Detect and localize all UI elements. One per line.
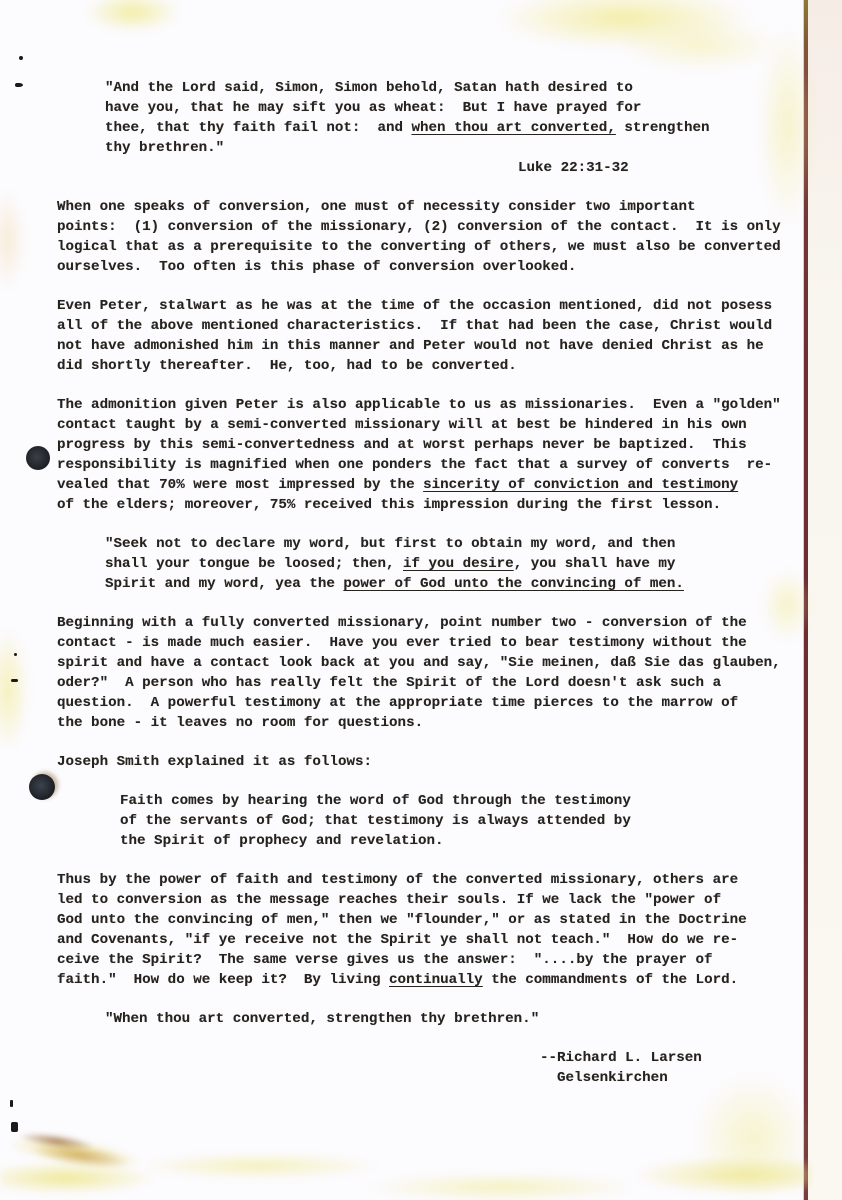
text-segment: of the elders; moreover, 75% received th… <box>57 497 721 513</box>
text-segment: The admonition given Peter is also appli… <box>57 397 781 413</box>
edge-mark-2 <box>15 83 23 87</box>
text-segment: spirit and have a contact look back at y… <box>57 655 781 671</box>
edge-mark-3 <box>14 653 17 656</box>
text-line: Thus by the power of faith and testimony… <box>57 870 805 890</box>
signature-block: --Richard L. Larsen Gelsenkirchen <box>540 1048 805 1088</box>
text-segment: oder?" A person who has really felt the … <box>57 675 721 691</box>
text-line: --Richard L. Larsen <box>540 1048 805 1068</box>
text-line: spirit and have a contact look back at y… <box>57 653 805 673</box>
text-segment: Faith comes by hearing the word of God t… <box>120 793 631 809</box>
text-segment: ourselves. Too often is this phase of co… <box>57 259 576 275</box>
text-segment: thee, that thy faith fail not: and <box>105 120 412 136</box>
text-segment: not have admonished him in this manner a… <box>57 338 764 354</box>
paragraph-thus-by-power: Thus by the power of faith and testimony… <box>57 870 805 990</box>
text-line: led to conversion as the message reaches… <box>57 890 805 910</box>
text-line: all of the above mentioned characteristi… <box>57 316 805 336</box>
text-segment: contact - is made much easier. Have you … <box>57 635 747 651</box>
hole-punch-lower <box>29 774 55 800</box>
text-segment: thy brethren." <box>105 140 224 156</box>
hole-punch-upper <box>26 446 50 470</box>
text-line: Joseph Smith explained it as follows: <box>57 752 805 772</box>
text-segment: , you shall have my <box>514 556 676 572</box>
text-segment: God unto the convincing of men," then we… <box>57 912 747 928</box>
text-segment: the commandments of the Lord. <box>483 972 738 988</box>
text-line: faith." How do we keep it? By living con… <box>57 970 805 990</box>
text-segment: Joseph Smith explained it as follows: <box>57 754 372 770</box>
text-segment: contact taught by a semi-converted missi… <box>57 417 747 433</box>
text-segment: Spirit and my word, yea the <box>105 576 343 592</box>
text-line: shall your tongue be loosed; then, if yo… <box>105 554 805 574</box>
text-line: thy brethren." <box>105 138 805 158</box>
quote-faith-comes: Faith comes by hearing the word of God t… <box>120 791 805 851</box>
text-segment: the Spirit of prophecy and revelation. <box>120 833 444 849</box>
text-segment: "When thou art converted, strengthen thy… <box>105 1011 539 1027</box>
text-segment: and Covenants, "if ye receive not the Sp… <box>57 932 738 948</box>
text-segment: "And the Lord said, Simon, Simon behold,… <box>105 80 633 96</box>
text-segment: vealed that 70% were most impressed by t… <box>57 477 423 493</box>
text-line: points: (1) conversion of the missionary… <box>57 217 805 237</box>
text-segment: logical that as a prerequisite to the co… <box>57 239 781 255</box>
text-line: Gelsenkirchen <box>540 1068 805 1088</box>
text-segment: did shortly thereafter. He, too, had to … <box>57 358 517 374</box>
text-line: Even Peter, stalwart as he was at the ti… <box>57 296 805 316</box>
text-line: Spirit and my word, yea the power of God… <box>105 574 805 594</box>
paragraph-admonition: The admonition given Peter is also appli… <box>57 395 805 515</box>
text-line: did shortly thereafter. He, too, had to … <box>57 356 805 376</box>
edge-mark-4 <box>11 679 18 682</box>
text-segment: shall your tongue be loosed; then, <box>105 556 403 572</box>
paragraph-joseph-smith-intro: Joseph Smith explained it as follows: <box>57 752 805 772</box>
text-line: God unto the convincing of men," then we… <box>57 910 805 930</box>
quote-closing: "When thou art converted, strengthen thy… <box>105 1009 805 1029</box>
text-line: logical that as a prerequisite to the co… <box>57 237 805 257</box>
text-line: the bone - it leaves no room for questio… <box>57 713 805 733</box>
text-segment: Gelsenkirchen <box>540 1070 668 1086</box>
text-line: progress by this semi-convertedness and … <box>57 435 805 455</box>
text-line: oder?" A person who has really felt the … <box>57 673 805 693</box>
text-segment: ceive the Spirit? The same verse gives u… <box>57 952 713 968</box>
underlined-text: power of God unto the convincing of men. <box>343 576 684 592</box>
underlined-text: if you desire <box>403 556 514 572</box>
text-line: not have admonished him in this manner a… <box>57 336 805 356</box>
text-segment: progress by this semi-convertedness and … <box>57 437 747 453</box>
underlined-text: continually <box>389 972 483 988</box>
text-line: "When thou art converted, strengthen thy… <box>105 1009 805 1029</box>
text-segment: the bone - it leaves no room for questio… <box>57 715 423 731</box>
text-segment: question. A powerful testimony at the ap… <box>57 695 738 711</box>
edge-mark-6 <box>11 1122 18 1132</box>
text-segment: responsibility is magnified when one pon… <box>57 457 772 473</box>
scripture-reference: Luke 22:31-32 <box>518 158 805 178</box>
text-line: Beginning with a fully converted mission… <box>57 613 805 633</box>
text-segment: points: (1) conversion of the missionary… <box>57 219 781 235</box>
paragraph-two-points: When one speaks of conversion, one must … <box>57 197 805 277</box>
text-segment: of the servants of God; that testimony i… <box>120 813 631 829</box>
text-line: and Covenants, "if ye receive not the Sp… <box>57 930 805 950</box>
scripture-quote-luke: "And the Lord said, Simon, Simon behold,… <box>105 78 805 158</box>
paragraph-even-peter: Even Peter, stalwart as he was at the ti… <box>57 296 805 376</box>
text-line: thee, that thy faith fail not: and when … <box>105 118 805 138</box>
text-line: The admonition given Peter is also appli… <box>57 395 805 415</box>
text-line: of the elders; moreover, 75% received th… <box>57 495 805 515</box>
text-line: responsibility is magnified when one pon… <box>57 455 805 475</box>
text-line: Faith comes by hearing the word of God t… <box>120 791 805 811</box>
text-segment: Beginning with a fully converted mission… <box>57 615 747 631</box>
text-line: When one speaks of conversion, one must … <box>57 197 805 217</box>
text-segment: --Richard L. Larsen <box>540 1050 702 1066</box>
text-segment: Luke 22:31-32 <box>518 160 629 176</box>
text-segment: When one speaks of conversion, one must … <box>57 199 696 215</box>
underlined-text: when thou art converted, <box>412 120 616 136</box>
text-line: Luke 22:31-32 <box>518 158 805 178</box>
text-line: of the servants of God; that testimony i… <box>120 811 805 831</box>
text-line: contact taught by a semi-converted missi… <box>57 415 805 435</box>
text-segment: Even Peter, stalwart as he was at the ti… <box>57 298 772 314</box>
text-segment: faith." How do we keep it? By living <box>57 972 389 988</box>
text-line: "Seek not to declare my word, but first … <box>105 534 805 554</box>
document-content: "And the Lord said, Simon, Simon behold,… <box>57 78 805 1088</box>
edge-mark-1 <box>19 56 23 60</box>
text-line: ceive the Spirit? The same verse gives u… <box>57 950 805 970</box>
text-segment: all of the above mentioned characteristi… <box>57 318 772 334</box>
quote-seek-not: "Seek not to declare my word, but first … <box>105 534 805 594</box>
text-segment: led to conversion as the message reaches… <box>57 892 721 908</box>
text-line: contact - is made much easier. Have you … <box>57 633 805 653</box>
text-segment: have you, that he may sift you as wheat:… <box>105 100 641 116</box>
text-line: "And the Lord said, Simon, Simon behold,… <box>105 78 805 98</box>
edge-mark-5 <box>10 1100 13 1107</box>
scan-background-strip <box>808 0 842 1200</box>
text-line: have you, that he may sift you as wheat:… <box>105 98 805 118</box>
underlined-text: sincerity of conviction and testimony <box>423 477 738 493</box>
text-line: the Spirit of prophecy and revelation. <box>120 831 805 851</box>
paragraph-beginning: Beginning with a fully converted mission… <box>57 613 805 733</box>
text-segment: Thus by the power of faith and testimony… <box>57 872 738 888</box>
text-line: question. A powerful testimony at the ap… <box>57 693 805 713</box>
text-segment: strengthen <box>616 120 710 136</box>
text-line: vealed that 70% were most impressed by t… <box>57 475 805 495</box>
text-segment: "Seek not to declare my word, but first … <box>105 536 675 552</box>
text-line: ourselves. Too often is this phase of co… <box>57 257 805 277</box>
